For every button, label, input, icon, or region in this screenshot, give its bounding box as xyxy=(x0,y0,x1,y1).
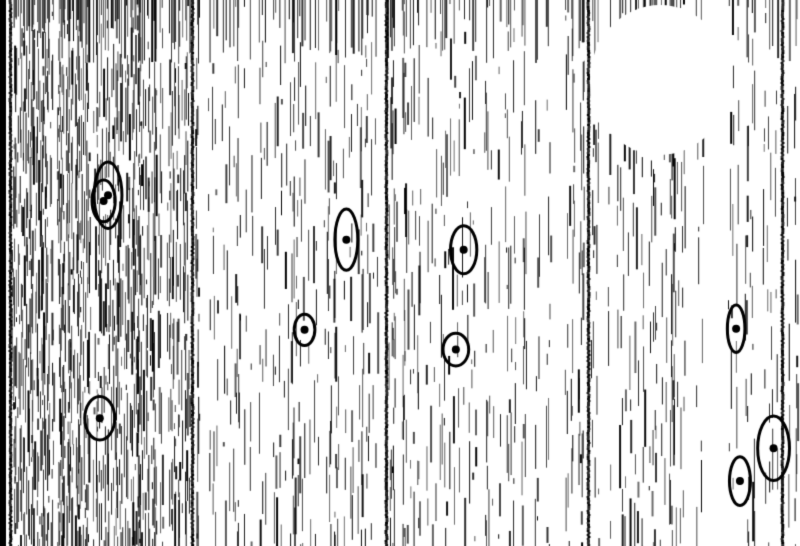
wood-texture-image xyxy=(0,0,800,546)
wood-grain-canvas xyxy=(0,0,800,546)
